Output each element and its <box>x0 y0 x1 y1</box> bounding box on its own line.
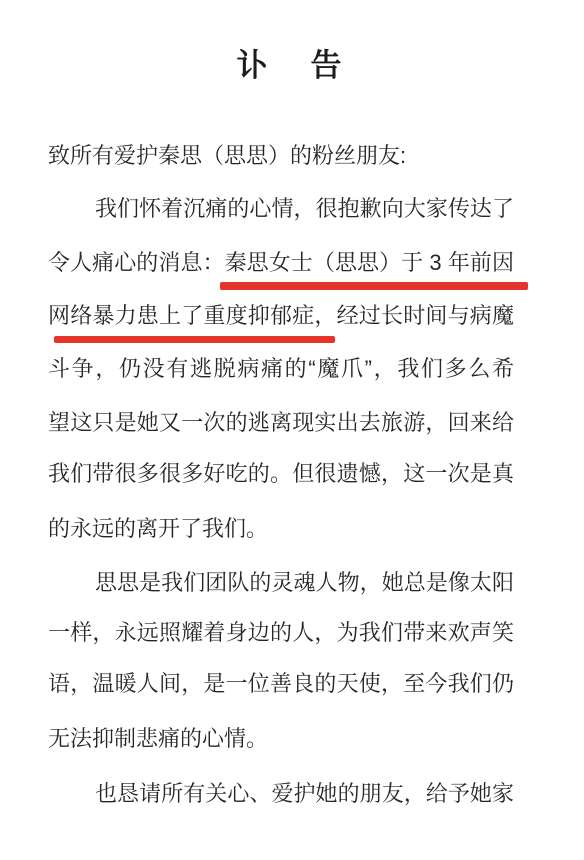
salutation-line: 致所有爱护秦思（思思）的粉丝朋友: <box>48 142 514 170</box>
text-line: 令人痛心的消息：秦思女士（思思）于 3 年前因 <box>48 249 514 277</box>
text-line: 思思是我们团队的灵魂人物，她总是像太阳 <box>48 569 514 597</box>
text-line: 也恳请所有关心、爱护她的朋友，给予她家 <box>48 780 514 808</box>
text-line: 无法抑制悲痛的心情。 <box>48 725 514 753</box>
text-line: 我们带很多很多好吃的。但很遗憾，这一次是真 <box>48 460 514 488</box>
red-underline <box>220 282 528 290</box>
text-line: 一样，永远照耀着身边的人，为我们带来欢声笑 <box>48 619 514 647</box>
obituary-document: 讣 告 致所有爱护秦思（思思）的粉丝朋友: 我们怀着沉痛的心情，很抱歉向大家传达… <box>0 0 584 860</box>
text-line: 我们怀着沉痛的心情，很抱歉向大家传达了 <box>48 195 514 223</box>
text-line: 斗争，仍没有逃脱病痛的“魔爪”，我们多么希 <box>48 355 514 383</box>
red-underline <box>54 336 335 343</box>
text-line: 语，温暖人间，是一位善良的天使，至今我们仍 <box>48 670 514 698</box>
page-title: 讣 告 <box>0 40 584 85</box>
text-line: 望这只是她又一次的逃离现实出去旅游，回来给 <box>48 409 514 437</box>
text-line: 的永远的离开了我们。 <box>48 515 514 543</box>
text-line: 网络暴力患上了重度抑郁症，经过长时间与病魔 <box>48 302 514 330</box>
